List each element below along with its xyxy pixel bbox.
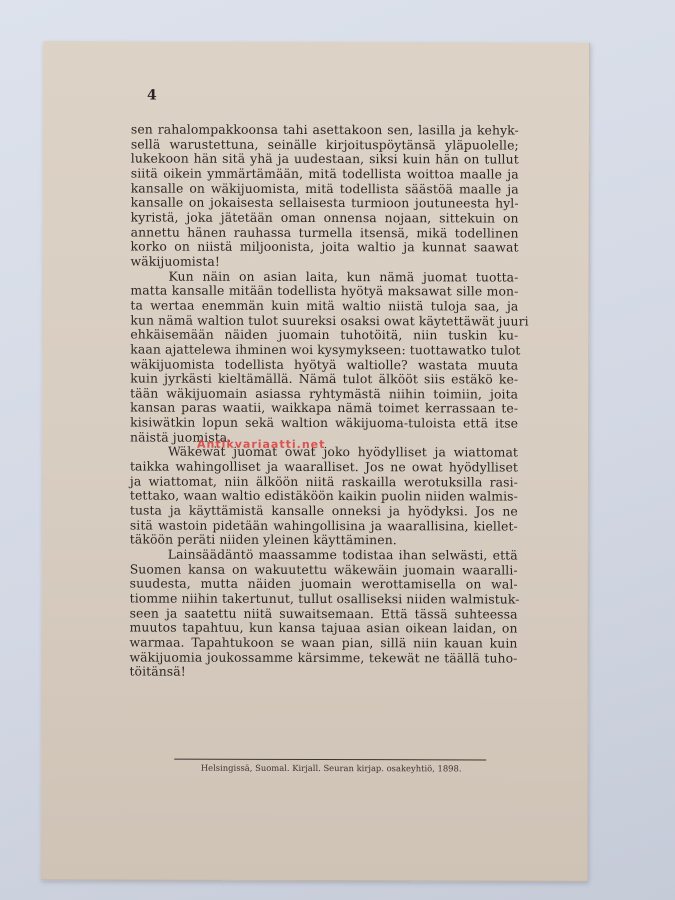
paragraph: sen rahalompakkoonsa tahi asettakoon sen…: [131, 123, 519, 271]
page-number: 4: [147, 88, 157, 104]
body-text: sen rahalompakkoonsa tahi asettakoon sen…: [129, 123, 518, 681]
footer-divider: [174, 759, 486, 761]
text-line: wäkijuomia joukossamme kärsimme, tekewät…: [129, 650, 517, 666]
paragraph: Lainsäädäntö maassamme todistaa ihan sel…: [129, 548, 517, 681]
watermark: Antikvariaatti.net: [197, 438, 325, 451]
document-page: 4 sen rahalompakkoonsa tahi asettakoon s…: [41, 41, 590, 881]
text-line: töitänsä!: [129, 665, 517, 681]
printer-imprint: Helsingissä, Suomal. Kirjall. Seuran kir…: [171, 763, 491, 774]
paragraph: Kun näin on asian laita, kun nämä juomat…: [130, 269, 518, 446]
paragraph: Wäkewät juomat owat joko hyödylliset ja …: [130, 445, 518, 549]
